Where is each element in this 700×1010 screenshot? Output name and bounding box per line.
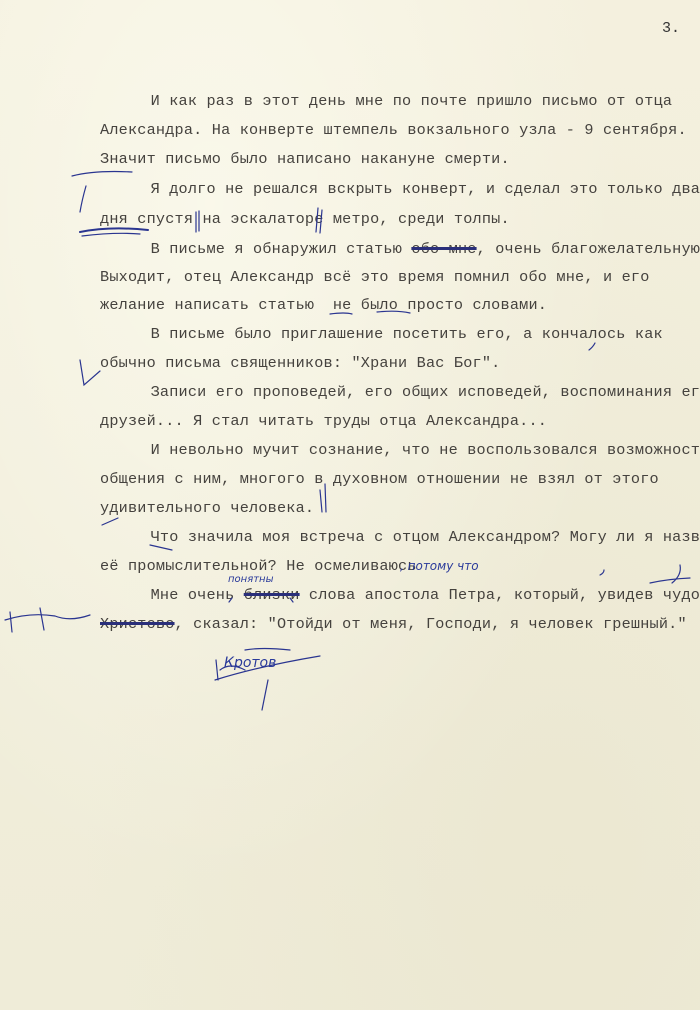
text-line: В письме я обнаружил статью обо мне, оче…	[104, 240, 700, 258]
text-line: дня спустя на эскалаторе метро, среди то…	[100, 210, 510, 228]
struck-text: обо мне	[411, 240, 476, 258]
handwritten-insert: понятны	[228, 574, 273, 585]
struck-text: Христово	[100, 615, 175, 633]
text-span: , очень благожелательную.	[477, 240, 700, 258]
text-line: Я долго не решался вскрыть конверт, и сд…	[104, 180, 700, 198]
text-span: слова апостола Петра, который, увидев чу…	[300, 586, 700, 604]
text-line: Выходит, отец Александр всё это время по…	[100, 268, 650, 286]
text-line: И невольно мучит сознание, что не воспол…	[104, 441, 700, 459]
text-line: Значит письмо было написано накануне сме…	[100, 150, 510, 168]
text-line: удивительного человека.	[100, 499, 314, 517]
text-line: желание написать статью не было просто с…	[100, 296, 547, 314]
text-line: Мне очень близки слова апостола Петра, к…	[104, 586, 700, 604]
struck-text: близки	[244, 586, 300, 604]
text-line: общения с ним, многого в духовном отноше…	[100, 470, 659, 488]
page-number: 3.	[662, 20, 680, 37]
text-line: В письме было приглашение посетить его, …	[104, 325, 663, 343]
text-line: обычно письма священников: "Храни Вас Бо…	[100, 354, 501, 372]
text-line: Александра. На конверте штемпель вокзаль…	[100, 121, 687, 139]
text-line: Христово, сказал: "Отойди от меня, Госпо…	[100, 615, 687, 633]
text-span: Мне очень	[104, 586, 244, 604]
text-line: Что значила моя встреча с отцом Александ…	[104, 528, 700, 546]
text-span: , сказал: "Отойди от меня, Господи, я че…	[175, 615, 687, 633]
text-line: её промыслительной? Не осмеливаюсь	[100, 557, 417, 575]
text-line: друзей... Я стал читать труды отца Алекс…	[100, 412, 547, 430]
text-line: Записи его проповедей, его общих исповед…	[104, 383, 700, 401]
handwritten-signature: Кротов	[224, 655, 276, 671]
text-line: И как раз в этот день мне по почте пришл…	[104, 92, 672, 110]
handwritten-insert: , потому что	[400, 559, 479, 573]
text-span: В письме я обнаружил статью	[104, 240, 411, 258]
